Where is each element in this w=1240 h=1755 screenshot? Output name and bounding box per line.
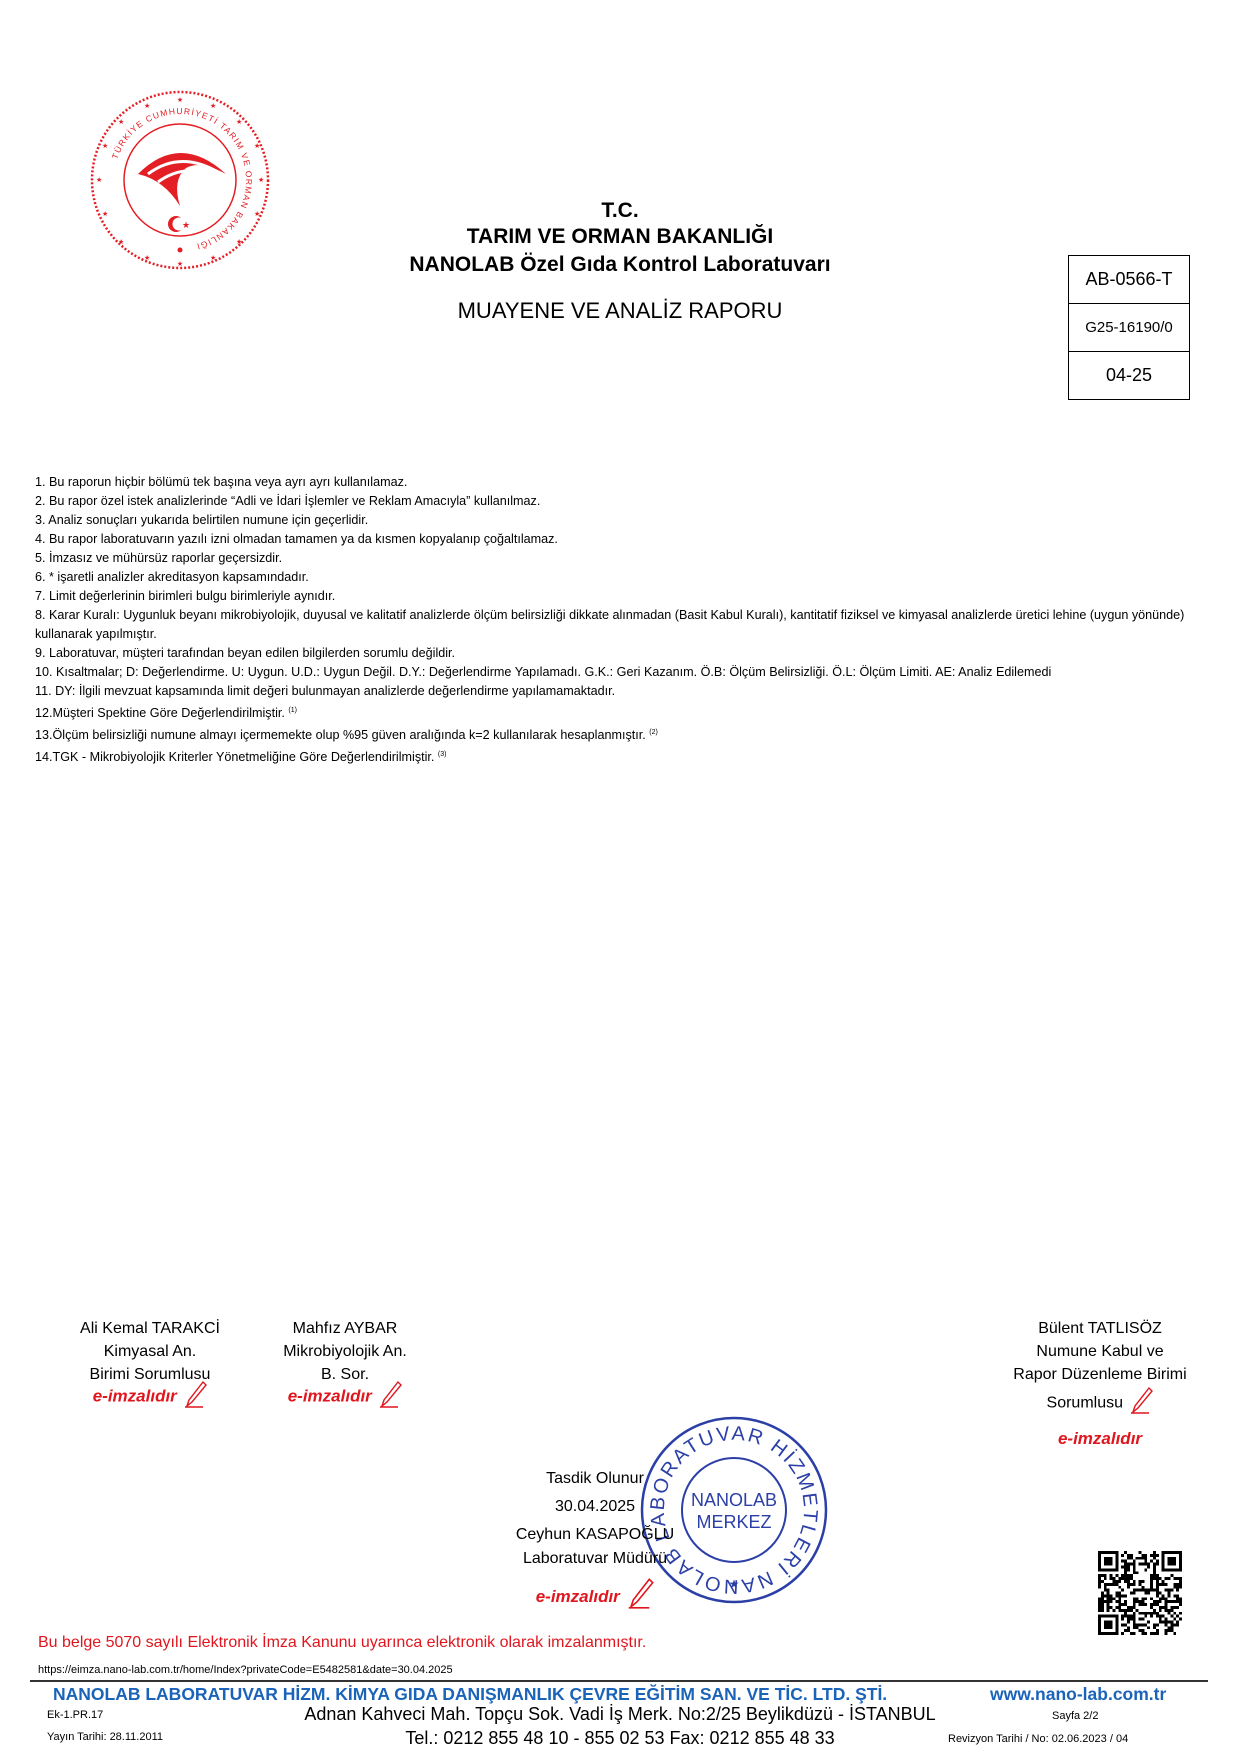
note: 7. Limit değerlerinin birimleri bulgu bi… — [35, 587, 1215, 606]
svg-text:★: ★ — [144, 102, 150, 110]
e-signature-label: e-imzalıdır — [93, 1387, 177, 1406]
note: 3. Analiz sonuçları yukarıda belirtilen … — [35, 511, 1215, 530]
svg-text:★: ★ — [177, 96, 183, 104]
svg-text:★: ★ — [118, 118, 124, 126]
svg-text:★: ★ — [96, 176, 102, 184]
qr-code[interactable] — [1098, 1551, 1182, 1635]
signature-lab-manager: Tasdik Olunur 30.04.2025 Ceyhun KASAPOĞL… — [490, 1465, 700, 1619]
note: 1. Bu raporun hiçbir bölümü tek başına v… — [35, 473, 1215, 492]
header-lab-name: NANOLAB Özel Gıda Kontrol Laboratuvarı — [0, 252, 1240, 278]
note: 6. * işaretli analizler akreditasyon kap… — [35, 568, 1215, 587]
svg-text:★: ★ — [729, 1577, 740, 1591]
note: 11. DY: İlgili mevzuat kapsamında limit … — [35, 682, 1215, 701]
svg-text:NANOLAB: NANOLAB — [691, 1490, 777, 1510]
pen-icon — [376, 1380, 402, 1415]
e-signature-legal-notice: Bu belge 5070 sayılı Elektronik İmza Kan… — [38, 1634, 646, 1652]
header-tc: T.C. — [0, 198, 1240, 224]
svg-text:★: ★ — [258, 176, 264, 184]
e-signature-label: e-imzalıdır — [1000, 1427, 1200, 1450]
note: 4. Bu rapor laboratuvarın yazılı izni ol… — [35, 530, 1215, 549]
note: 2. Bu rapor özel istek analizlerinde “Ad… — [35, 492, 1215, 511]
footer-company-name: NANOLAB LABORATUVAR HİZM. KİMYA GIDA DAN… — [53, 1684, 887, 1705]
footer-website[interactable]: www.nano-lab.com.tr — [990, 1684, 1166, 1705]
note: 14.TGK - Mikrobiyolojik Kriterler Yönetm… — [35, 745, 1215, 767]
note: 12.Müşteri Spektine Göre Değerlendirilmi… — [35, 701, 1215, 723]
date-code: 04-25 — [1069, 352, 1189, 399]
note: 10. Kısaltmalar; D: Değerlendirme. U: Uy… — [35, 663, 1215, 682]
page-number: Sayfa 2/2 — [1052, 1710, 1098, 1722]
footer-divider — [30, 1680, 1208, 1682]
report-title: MUAYENE VE ANALİZ RAPORU — [0, 298, 1240, 324]
svg-text:★: ★ — [102, 142, 108, 150]
svg-text:MERKEZ: MERKEZ — [696, 1512, 771, 1532]
verification-url[interactable]: https://eimza.nano-lab.com.tr/home/Index… — [38, 1664, 453, 1676]
note: 8. Karar Kuralı: Uygunluk beyanı mikrobi… — [35, 606, 1215, 644]
accreditation-number: AB-0566-T — [1069, 256, 1189, 304]
note: 13.Ölçüm belirsizliği numune almayı içer… — [35, 723, 1215, 745]
report-notes: 1. Bu raporun hiçbir bölümü tek başına v… — [35, 473, 1215, 768]
revision-info: Revizyon Tarihi / No: 02.06.2023 / 04 — [948, 1733, 1128, 1745]
reference-box: AB-0566-T G25-16190/0 04-25 — [1068, 255, 1190, 400]
signature-chemistry: Ali Kemal TARAKCİ Kimyasal An. Birimi So… — [40, 1317, 260, 1415]
header-ministry: TARIM VE ORMAN BAKANLIĞI — [0, 224, 1240, 250]
e-signature-label: e-imzalıdır — [536, 1587, 620, 1606]
svg-text:★: ★ — [254, 142, 260, 150]
pen-icon — [624, 1577, 654, 1619]
svg-text:★: ★ — [236, 118, 242, 126]
signature-microbiology: Mahfız AYBAR Mikrobiyolojik An. B. Sor. … — [235, 1317, 455, 1415]
pen-icon — [1127, 1386, 1153, 1421]
note: 5. İmzasız ve mühürsüz raporlar geçersiz… — [35, 549, 1215, 568]
signature-sample-intake: Bülent TATLISÖZ Numune Kabul ve Rapor Dü… — [1000, 1317, 1200, 1450]
pen-icon — [181, 1380, 207, 1415]
e-signature-label: e-imzalıdır — [288, 1387, 372, 1406]
report-number: G25-16190/0 — [1069, 304, 1189, 352]
note: 9. Laboratuvar, müşteri tarafından beyan… — [35, 644, 1215, 663]
svg-text:★: ★ — [210, 102, 216, 110]
